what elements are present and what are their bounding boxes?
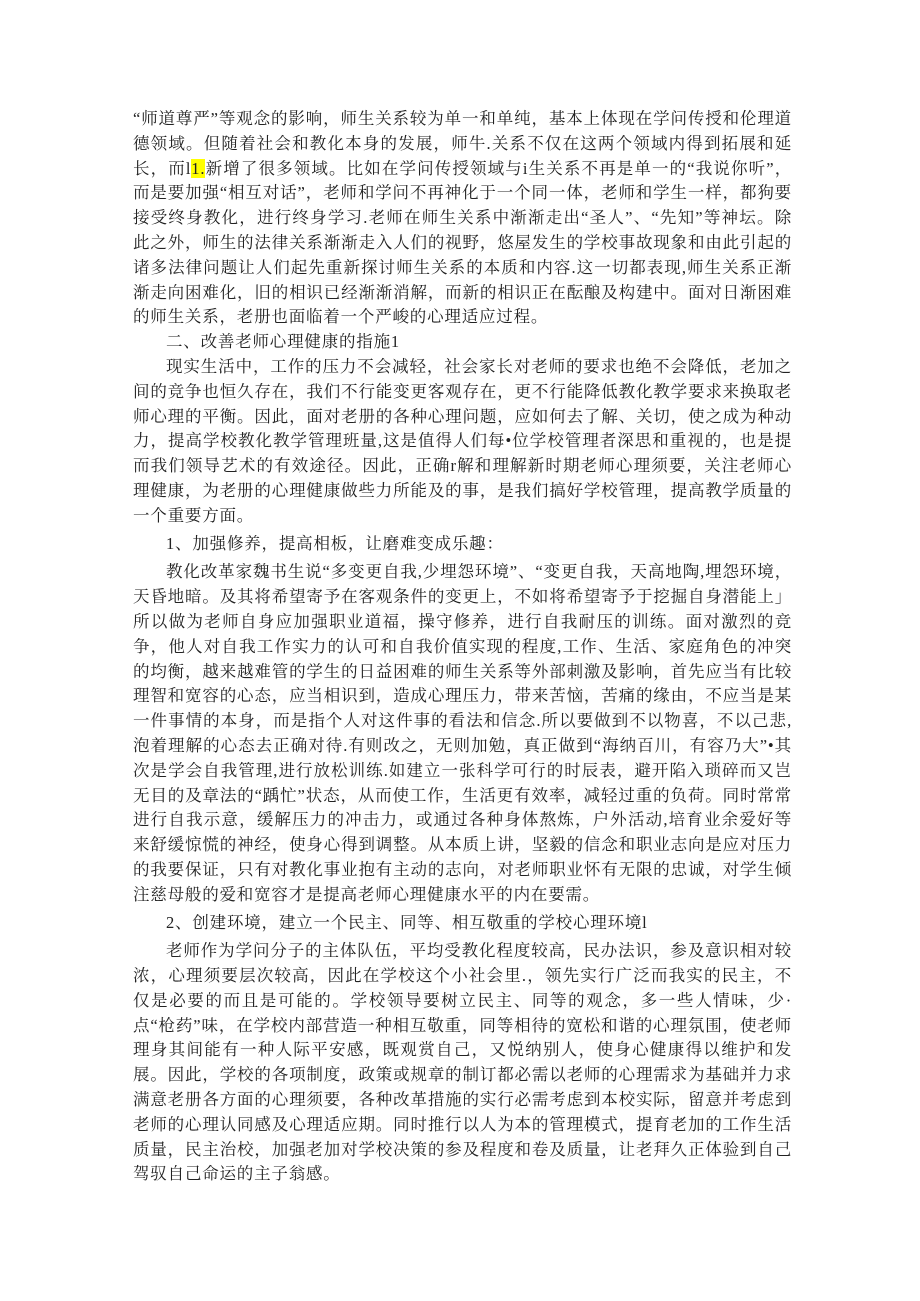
subsection-2-paragraph: 老师作为学问分子的主体队伍，平均受教化程度较高，民办法识，参及意识相对较浓，心理… (133, 939, 792, 1187)
subsection-1-heading: 1、加强修养，提高相板，让磨难变成乐趣： (133, 532, 792, 557)
paragraph-1-text-after: 新增了很多领域。比如在学问传授领域与i生关系不再是单一的“我说你听”，而是要加强… (133, 159, 792, 327)
paragraph-1: “师道尊严”等观念的影响，师生关系较为单一和单纯，基本上体现在学问传授和伦理道德… (133, 107, 792, 330)
section-2-heading: 二、改善老师心理健康的指施1 (133, 330, 792, 355)
subsection-1-paragraph: 教化改革家魏书生说“多变更自我,少埋怨环境”、“变更自我，天高地陶,埋怨环境，天… (133, 560, 792, 907)
section-2-paragraph: 现实生活中，工作的压力不会减轻，社会家长对老师的要求也绝不会降低，老加之间的竞争… (133, 355, 792, 529)
document-page: “师道尊严”等观念的影响，师生关系较为单一和单纯，基本上体现在学问传授和伦理道德… (0, 0, 920, 1301)
highlighted-text: 1. (191, 159, 205, 178)
subsection-2-heading: 2、创建环境，建立一个民主、同等、相互敬重的学校心理环境l (133, 911, 792, 936)
